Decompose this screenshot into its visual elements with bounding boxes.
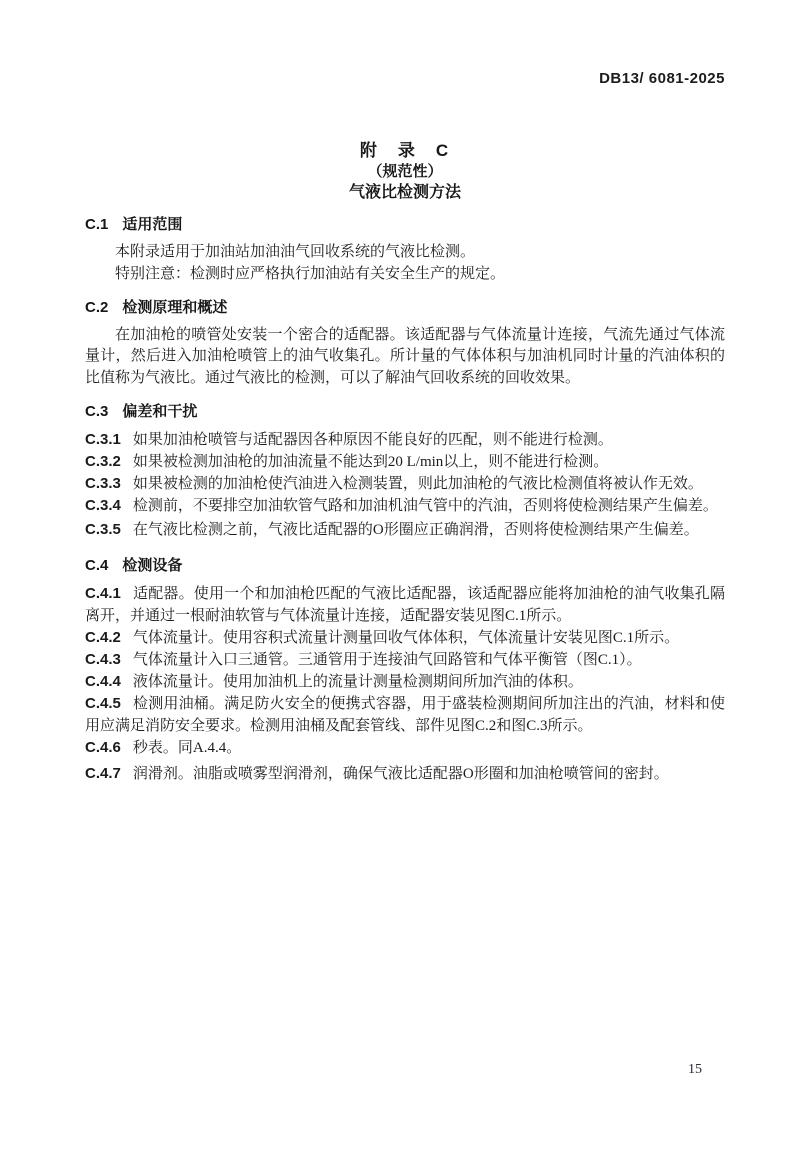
section-c1-title: 适用范围 (122, 216, 182, 233)
clause-text: 气体流量计入口三通管。三通管用于连接油气回路管和气体平衡管（图C.1）。 (133, 652, 642, 668)
section-c1: C.1适用范围 本附录适用于加油站加油油气回收系统的气液比检测。 特别注意：检测… (85, 215, 725, 286)
clause-number: C.4.5 (85, 695, 121, 712)
clause-text: 检测前，不要排空加油软管气路和加油机油气管中的汽油，否则将使检测结果产生偏差。 (133, 498, 718, 514)
clause-c4-6: C.4.6秒表。同A.4.4。 (85, 737, 725, 759)
section-c4: C.4检测设备 C.4.1适配器。使用一个和加油枪匹配的气液比适配器，该适配器应… (85, 556, 725, 785)
clause-text: 如果被检测加油枪的加油流量不能达到20 L/min以上，则不能进行检测。 (133, 454, 608, 470)
section-c4-heading: C.4检测设备 (85, 556, 725, 576)
section-c4-number: C.4 (85, 557, 108, 574)
clause-text: 检测用油桶。满足防火安全的便携式容器，用于盛装检测期间所加注出的汽油，材料和使用… (85, 696, 725, 734)
clause-number: C.4.1 (85, 585, 121, 602)
clause-number: C.3.2 (85, 453, 121, 470)
appendix-title-block: 附 录 C （规范性） 气液比检测方法 (85, 140, 725, 203)
section-c3-heading: C.3偏差和干扰 (85, 402, 725, 422)
clause-text: 如果被检测的加油枪使汽油进入检测装置，则此加油枪的气液比检测值将被认作无效。 (133, 476, 703, 492)
section-c4-title: 检测设备 (122, 557, 182, 574)
clause-number: C.4.3 (85, 651, 121, 668)
clause-text: 如果加油枪喷管与适配器因各种原因不能良好的匹配，则不能进行检测。 (133, 432, 613, 448)
page-content: DB13/ 6081-2025 附 录 C （规范性） 气液比检测方法 C.1适… (0, 0, 809, 785)
clause-c4-4: C.4.4液体流量计。使用加油机上的流量计测量检测期间所加汽油的体积。 (85, 671, 725, 693)
clause-number: C.4.4 (85, 673, 121, 690)
section-c2-title: 检测原理和概述 (122, 299, 227, 316)
clause-c3-3: C.3.3如果被检测的加油枪使汽油进入检测装置，则此加油枪的气液比检测值将被认作… (85, 473, 725, 495)
clause-c4-3: C.4.3气体流量计入口三通管。三通管用于连接油气回路管和气体平衡管（图C.1）… (85, 649, 725, 671)
clause-number: C.3.1 (85, 431, 121, 448)
document-page: DB13/ 6081-2025 附 录 C （规范性） 气液比检测方法 C.1适… (0, 0, 809, 1151)
clause-number: C.3.4 (85, 497, 121, 514)
section-c3: C.3偏差和干扰 C.3.1如果加油枪喷管与适配器因各种原因不能良好的匹配，则不… (85, 402, 725, 541)
clause-c4-7: C.4.7润滑剂。油脂或喷雾型润滑剂，确保气液比适配器O形圈和加油枪喷管间的密封… (85, 763, 725, 785)
section-c1-paragraph: 特别注意：检测时应严格执行加油站有关安全生产的规定。 (85, 264, 725, 286)
clause-c4-2: C.4.2气体流量计。使用容积式流量计测量回收气体体积，气体流量计安装见图C.1… (85, 627, 725, 649)
clause-c3-1: C.3.1如果加油枪喷管与适配器因各种原因不能良好的匹配，则不能进行检测。 (85, 429, 725, 451)
section-c3-number: C.3 (85, 403, 108, 420)
clause-c3-4: C.3.4检测前，不要排空加油软管气路和加油机油气管中的汽油，否则将使检测结果产… (85, 495, 725, 517)
clause-number: C.3.5 (85, 521, 121, 538)
section-c1-number: C.1 (85, 216, 108, 233)
clause-text: 液体流量计。使用加油机上的流量计测量检测期间所加汽油的体积。 (133, 674, 583, 690)
section-c1-paragraph: 本附录适用于加油站加油油气回收系统的气液比检测。 (85, 242, 725, 264)
page-number: 15 (688, 1062, 702, 1078)
clause-c4-5: C.4.5检测用油桶。满足防火安全的便携式容器，用于盛装检测期间所加注出的汽油，… (85, 693, 725, 737)
appendix-subtitle: 气液比检测方法 (85, 182, 725, 203)
clause-c4-1: C.4.1适配器。使用一个和加油枪匹配的气液比适配器，该适配器应能将加油枪的油气… (85, 583, 725, 627)
appendix-normative-label: （规范性） (85, 161, 725, 182)
clause-text: 在气液比检测之前，气液比适配器的O形圈应正确润滑，否则将使检测结果产生偏差。 (133, 522, 699, 538)
clause-c3-5: C.3.5在气液比检测之前，气液比适配器的O形圈应正确润滑，否则将使检测结果产生… (85, 519, 725, 541)
clause-number: C.4.7 (85, 765, 121, 782)
clause-text: 适配器。使用一个和加油枪匹配的气液比适配器，该适配器应能将加油枪的油气收集孔隔离… (85, 586, 725, 624)
appendix-title: 附 录 C (85, 140, 725, 161)
document-code: DB13/ 6081-2025 (85, 70, 725, 88)
section-c2: C.2检测原理和概述 在加油枪的喷管处安装一个密合的适配器。该适配器与气体流量计… (85, 298, 725, 390)
clause-text: 秒表。同A.4.4。 (133, 740, 241, 756)
section-c2-heading: C.2检测原理和概述 (85, 298, 725, 318)
clause-c3-2: C.3.2如果被检测加油枪的加油流量不能达到20 L/min以上，则不能进行检测… (85, 451, 725, 473)
clause-text: 润滑剂。油脂或喷雾型润滑剂，确保气液比适配器O形圈和加油枪喷管间的密封。 (133, 766, 669, 782)
clause-number: C.4.2 (85, 629, 121, 646)
section-c2-number: C.2 (85, 299, 108, 316)
clause-number: C.3.3 (85, 475, 121, 492)
section-c2-paragraph: 在加油枪的喷管处安装一个密合的适配器。该适配器与气体流量计连接，气流先通过气体流… (85, 325, 725, 390)
section-c3-title: 偏差和干扰 (122, 403, 197, 420)
section-c1-heading: C.1适用范围 (85, 215, 725, 235)
clause-number: C.4.6 (85, 739, 121, 756)
clause-text: 气体流量计。使用容积式流量计测量回收气体体积，气体流量计安装见图C.1所示。 (133, 630, 679, 646)
